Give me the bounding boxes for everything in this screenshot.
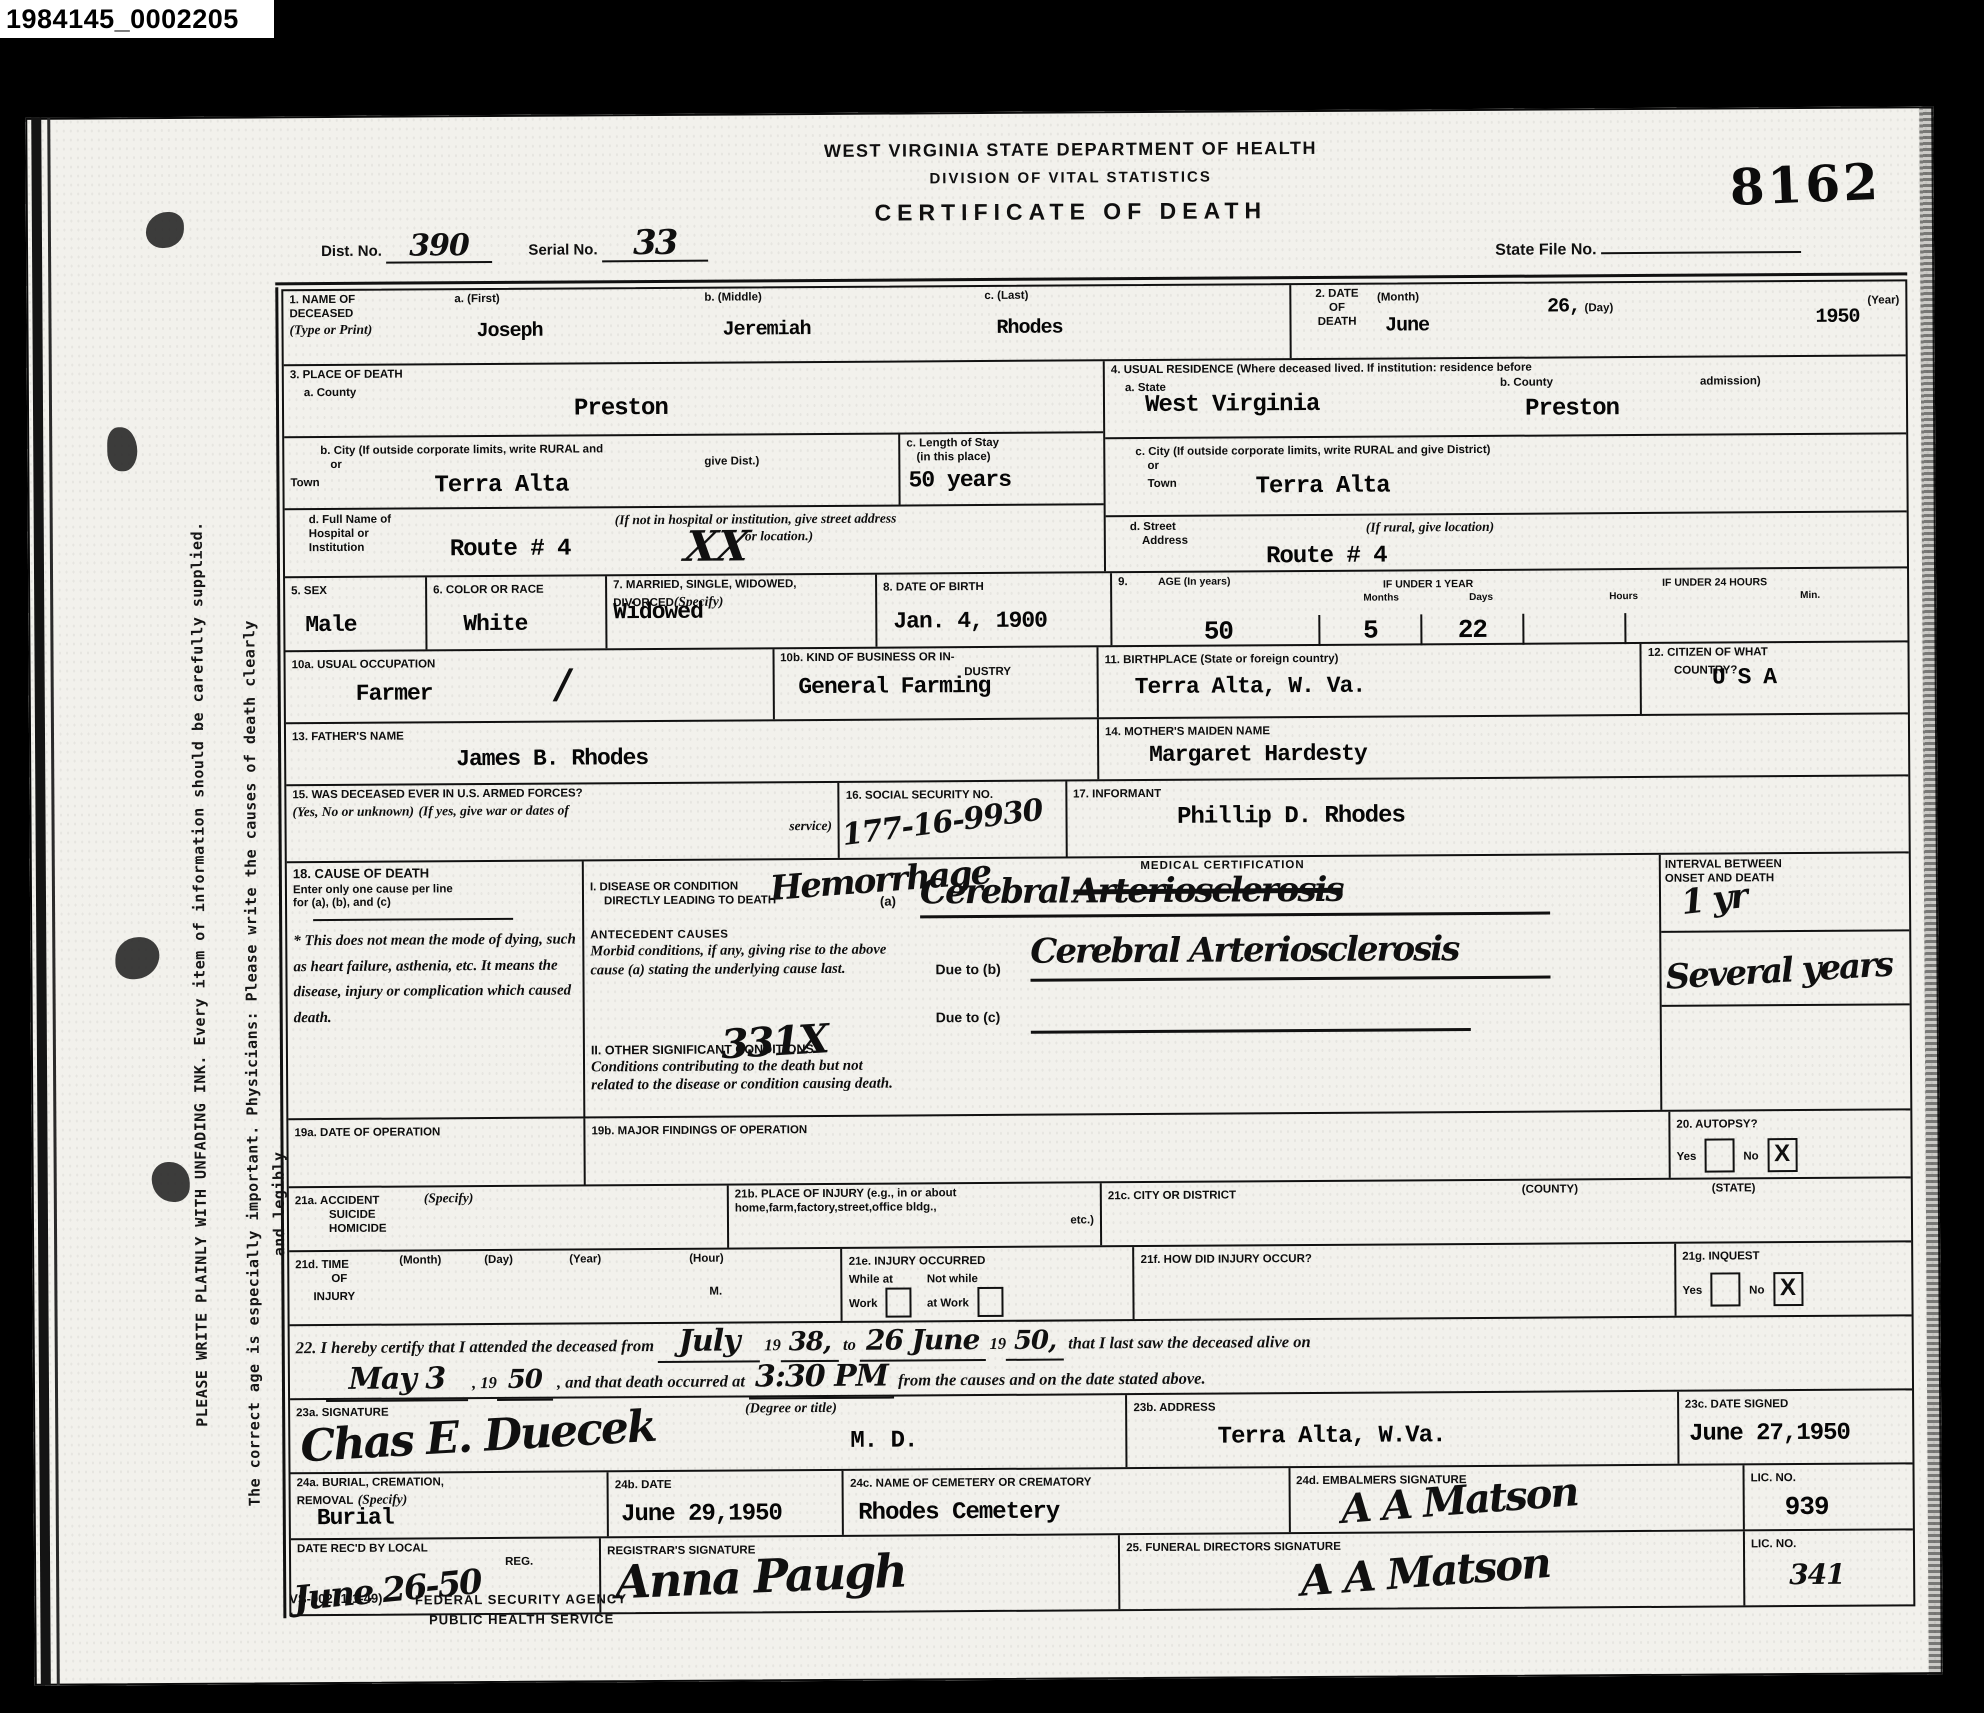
dist-no-value: 390	[386, 231, 492, 264]
hosp-paren-2: or location.)	[745, 527, 975, 545]
middle-name-value: Jeremiah	[722, 318, 984, 342]
degree-value: M. D.	[850, 1428, 917, 1455]
row-burial: 24a. BURIAL, CREMATION, REMOVAL (Specify…	[291, 1462, 1913, 1538]
footer-service: PUBLIC HEALTH SERVICE	[429, 1609, 627, 1630]
field-injury-time: 21d. TIME (Month) (Day) (Year) (Hour) OF…	[289, 1249, 841, 1324]
field-operation-findings: 19b. MAJOR FINDINGS OF OPERATION	[583, 1112, 1668, 1185]
field-marital: 7. MARRIED, SINGLE, WIDOWED, DIVORCED(Sp…	[605, 575, 875, 649]
certify-text-8: from the causes and on the date stated a…	[898, 1369, 1206, 1390]
pod-county-value: Preston	[574, 396, 668, 423]
row-name-dod: 1. NAME OF DECEASED (Type or Print) a. (…	[283, 281, 1905, 364]
street-label-2: Address	[1142, 535, 1188, 549]
injury-year-label: (Year)	[569, 1253, 601, 1267]
row-occupation: 10a. USUAL OCCUPATION Farmer / 10b. KIND…	[285, 640, 1907, 722]
morbid-text: Morbid conditions, if any, giving rise t…	[590, 941, 920, 979]
injury-time-label-1: 21d. TIME	[295, 1259, 349, 1271]
ssn-label: 16. SOCIAL SECURITY NO.	[846, 789, 993, 802]
cause-a-struck-value: Arteriosclerosis	[1073, 870, 1343, 912]
age-hours-label: Hours	[1609, 591, 1638, 603]
age-months-label: Months	[1363, 592, 1399, 604]
res-city-label: c. City (If outside corporate limits, wr…	[1135, 444, 1490, 458]
informant-value: Phillip D. Rhodes	[1177, 803, 1405, 831]
scan-corner-id: 1984145_0002205	[0, 0, 274, 38]
birthplace-value: Terra Alta, W. Va.	[1135, 674, 1366, 701]
injury-place-label-3: etc.)	[735, 1214, 1094, 1230]
field-occupation: 10a. USUAL OCCUPATION Farmer /	[285, 649, 772, 722]
dod-label-2: OF	[1297, 301, 1377, 315]
operation-date-label: 19a. DATE OF OPERATION	[294, 1126, 440, 1139]
field-cemetery: 24c. NAME OF CEMETERY OR CREMATORY Rhode…	[842, 1468, 1288, 1535]
field-armed-forces: 15. WAS DECEASED EVER IN U.S. ARMED FORC…	[286, 783, 838, 861]
injury-time-label-2: OF	[331, 1270, 835, 1287]
pod-city-label: b. City (If outside corporate limits, wr…	[320, 443, 603, 457]
injury-time-label-3: INJURY	[313, 1291, 355, 1303]
dod-year-label: (Year)	[1867, 294, 1899, 308]
marital-value: Widowed	[613, 600, 703, 626]
field-injury-occurred: 21e. INJURY OCCURRED While at Work Not w…	[841, 1247, 1133, 1321]
form-number: VS-002 (1-1-49)	[289, 1591, 382, 1607]
certificate-paper: PLEASE WRITE PLAINLY WITH UNFADING INK. …	[25, 106, 1943, 1686]
cause-title: 18. CAUSE OF DEATH	[293, 864, 576, 881]
last-name-value: Rhodes	[996, 316, 1283, 340]
field-embalmer-signature: 24d. EMBALMERS SIGNATURE A A Matson	[1288, 1465, 1743, 1532]
certify-from-value: July	[679, 1324, 740, 1359]
stay-label: c. Length of Stay	[906, 436, 1097, 451]
certify-to-year: 50,	[1014, 1326, 1056, 1356]
how-injury-label: 21f. HOW DID INJURY OCCUR?	[1141, 1253, 1312, 1266]
field-hospital: d. Full Name of Hospital or Institution …	[285, 503, 1105, 576]
state-file-label: State File No.	[1495, 241, 1596, 259]
field-burial-date: 24b. DATE June 29,1950	[607, 1471, 843, 1536]
field-informant: 17. INFORMANT Phillip D. Rhodes	[1065, 776, 1909, 856]
res-city-town: Town	[1148, 478, 1177, 490]
occupation-value: Farmer	[356, 681, 433, 707]
serial-no-value: 33	[602, 226, 708, 263]
field-sex: 5. SEX Male	[285, 577, 425, 650]
field-inquest: 21g. INQUEST Yes No X	[1674, 1242, 1911, 1315]
field-pod-city: b. City (If outside corporate limits, wr…	[284, 435, 899, 509]
age-value: 50	[1204, 616, 1233, 646]
autopsy-no-label: No	[1743, 1151, 1758, 1163]
hosp-label-2: Hospital or	[309, 527, 439, 542]
row-certification: 22. I hereby certify that I attended the…	[290, 1314, 1912, 1398]
stay-value: 50 years	[908, 468, 1011, 494]
division-title: DIVISION OF VITAL STATISTICS	[661, 167, 1481, 189]
cemetery-value: Rhodes Cemetery	[858, 1500, 1059, 1528]
embalmer-lic-value: 939	[1785, 1493, 1829, 1522]
field-res-state-county: 4. USUAL RESIDENCE (Where deceased lived…	[1105, 356, 1906, 437]
dob-label: 8. DATE OF BIRTH	[883, 581, 984, 594]
dod-month-label: (Month)	[1377, 291, 1419, 303]
dod-day-label: (Day)	[1584, 302, 1613, 314]
serial-no-label: Serial No.	[528, 241, 597, 258]
occupation-mark: /	[556, 665, 570, 705]
business-label: 10b. KIND OF BUSINESS OR IN-	[780, 650, 1090, 666]
certify-lastseen-value: May 3	[349, 1362, 446, 1398]
cause-b-label: Due to (b)	[935, 960, 1000, 977]
cause-c-code: 331X	[720, 1019, 829, 1065]
row-operation-autopsy: 19a. DATE OF OPERATION 19b. MAJOR FINDIN…	[288, 1108, 1910, 1186]
pod-city-town: Town	[290, 477, 319, 489]
mother-value: Margaret Hardesty	[1149, 742, 1367, 769]
row-physician-signature: 23a. SIGNATURE (Degree or title) Chas E.…	[290, 1388, 1912, 1472]
res-county-label: b. County	[1500, 377, 1553, 391]
row-sex-race-age: 5. SEX Male 6. COLOR OR RACE White 7. MA…	[285, 566, 1907, 650]
field-funeral-director: 25. FUNERAL DIRECTORS SIGNATURE A A Mats…	[1118, 1531, 1743, 1609]
res-state-value: West Virginia	[1145, 392, 1319, 419]
paper-right-edge	[1919, 106, 1943, 1674]
while-at-label-2: Work	[849, 1298, 878, 1310]
inquest-no-label: No	[1749, 1284, 1764, 1296]
ink-smudge	[115, 937, 159, 979]
injury-m-label: M.	[709, 1286, 722, 1300]
street-value: Route # 4	[1266, 544, 1387, 571]
injury-city-label: 21c. CITY OR DISTRICT	[1108, 1189, 1236, 1202]
place-of-death-block: 3. PLACE OF DEATH a. County Preston b. C…	[284, 361, 1104, 576]
hosp-value: Route # 4	[450, 537, 571, 564]
form-footer: VS-002 (1-1-49) FEDERAL SECURITY AGENCY …	[289, 1586, 1189, 1630]
field-business: 10b. KIND OF BUSINESS OR IN- DUSTRY Gene…	[772, 647, 1097, 719]
ink-smudge	[152, 1162, 190, 1202]
embalmer-lic-label: LIC. NO.	[1751, 1472, 1796, 1484]
res-city-value: Terra Alta	[1256, 474, 1390, 501]
marital-label-1: 7. MARRIED, SINGLE, WIDOWED,	[613, 578, 869, 593]
pod-county-label: a. County	[304, 387, 356, 399]
age-days-value: 22	[1458, 615, 1487, 645]
informant-label: 17. INFORMANT	[1073, 788, 1161, 801]
file-number-stamp: 8162	[1728, 152, 1881, 217]
business-value: General Farming	[798, 674, 990, 700]
birthplace-label: 11. BIRTHPLACE (State or foreign country…	[1105, 653, 1339, 666]
citizen-value: U S A	[1712, 665, 1776, 691]
field-embalmer-lic: LIC. NO. 939	[1742, 1464, 1912, 1529]
field-mother: 14. MOTHER'S MAIDEN NAME Margaret Hardes…	[1097, 714, 1908, 779]
field-length-of-stay: c. Length of Stay (in this place) 50 yea…	[898, 433, 1103, 504]
stay-label-2: (in this place)	[916, 450, 1097, 465]
interval-column: INTERVAL BETWEEN ONSET AND DEATH 1 yr Se…	[1659, 853, 1911, 1110]
autopsy-label: 20. AUTOPSY?	[1676, 1118, 1757, 1130]
age-number: 9.	[1118, 576, 1158, 606]
dist-serial-line: Dist. No. 390 Serial No. 33	[321, 226, 708, 264]
cause-b-value: Cerebral Arteriosclerosis	[1030, 929, 1458, 972]
first-name-label: a. (First)	[454, 292, 704, 307]
ssn-value: 177-16-9930	[841, 795, 1045, 851]
physician-address-label: 23b. ADDRESS	[1133, 1402, 1215, 1415]
dod-label-1: 2. DATE	[1297, 288, 1377, 302]
mother-label: 14. MOTHER'S MAIDEN NAME	[1105, 725, 1270, 738]
field-father: 13. FATHER'S NAME James B. Rhodes	[286, 719, 1097, 784]
footer-agency: FEDERAL SECURITY AGENCY	[415, 1589, 627, 1610]
divider	[313, 918, 513, 921]
street-paren: (If rural, give location)	[1366, 519, 1494, 537]
burial-label-1: 24a. BURIAL, CREMATION,	[297, 1475, 601, 1491]
certification-statement: 22. I hereby certify that I attended the…	[290, 1316, 1912, 1398]
certify-lastseen-year: 50	[508, 1365, 542, 1395]
injury-month-label: (Month)	[399, 1254, 441, 1268]
certificate-title: CERTIFICATE OF DEATH	[661, 196, 1481, 228]
injury-county-label: (COUNTY)	[1522, 1183, 1578, 1197]
field-pod-county: 3. PLACE OF DEATH a. County Preston	[284, 361, 1104, 436]
citizen-label-1: 12. CITIZEN OF WHAT	[1648, 645, 1902, 660]
cause-c-label: Due to (c)	[936, 1009, 1001, 1026]
sex-label: 5. SEX	[291, 585, 327, 597]
ink-smudge	[107, 427, 137, 471]
father-label: 13. FATHER'S NAME	[292, 731, 404, 744]
forces-label-2: (Yes, No or unknown)	[292, 803, 414, 819]
occupation-label: 10a. USUAL OCCUPATION	[292, 658, 436, 671]
res-title-2: admission)	[1700, 375, 1761, 389]
state-file-line: State File No.	[1495, 235, 1801, 260]
certify-to-value: 26 June	[866, 1323, 980, 1357]
father-value: James B. Rhodes	[456, 746, 648, 772]
forces-label-4: service)	[293, 818, 833, 838]
field-injury-place: 21b. PLACE OF INJURY (e.g., in or about …	[727, 1183, 1100, 1247]
field-dob: 8. DATE OF BIRTH Jan. 4, 1900	[875, 573, 1110, 646]
inquest-yes-label: Yes	[1682, 1285, 1702, 1297]
certify-from-year: 38,	[789, 1327, 831, 1357]
injury-occurred-label: 21e. INJURY OCCURRED	[849, 1255, 986, 1268]
pod-city-value: Terra Alta	[434, 473, 568, 500]
middle-name-label: b. (Middle)	[704, 290, 984, 306]
certify-hour-value: 3:30 PM	[755, 1359, 888, 1395]
field-date-of-death: 2. DATE OF DEATH (Month) June 26, (Day) …	[1289, 281, 1906, 358]
race-value: White	[463, 611, 599, 637]
field-burial-type: 24a. BURIAL, CREMATION, REMOVAL (Specify…	[291, 1472, 608, 1538]
row-accident: 21a. ACCIDENT (Specify) SUICIDE HOMICIDE…	[289, 1176, 1911, 1250]
field-birthplace: 11. BIRTHPLACE (State or foreign country…	[1096, 644, 1640, 717]
field-autopsy: 20. AUTOPSY? Yes No X	[1668, 1110, 1910, 1177]
forces-label-3: (If yes, give war or dates of	[418, 802, 568, 818]
burial-date-value: June 29,1950	[621, 1501, 782, 1528]
not-while-label-1: Not while	[927, 1273, 1008, 1287]
res-county-value: Preston	[1525, 396, 1619, 423]
field-date-signed: 23c. DATE SIGNED June 27,1950	[1677, 1390, 1913, 1463]
name-label-1: 1. NAME OF	[289, 293, 454, 308]
cause-note-2: * This does not mean the mode of dying, …	[293, 928, 577, 1032]
not-while-label-2: at Work	[927, 1297, 969, 1309]
ink-smudge	[146, 212, 184, 248]
certify-text-6: , 19	[472, 1373, 497, 1392]
row-place-residence: 3. PLACE OF DEATH a. County Preston b. C…	[284, 354, 1907, 576]
age-min-label: Min.	[1800, 590, 1820, 602]
cause-instructions: 18. CAUSE OF DEATH Enter only one cause …	[287, 861, 584, 1118]
burial-date-label: 24b. DATE	[615, 1479, 672, 1491]
row-injury-detail: 21d. TIME (Month) (Day) (Year) (Hour) OF…	[289, 1240, 1911, 1324]
accident-label-3: HOMICIDE	[329, 1220, 721, 1236]
pod-city-or: or	[330, 456, 892, 473]
scanned-page: 1984145_0002205 PLEASE WRITE PLAINLY WIT…	[0, 0, 1984, 1713]
not-while-at-work-checkbox	[977, 1287, 1003, 1317]
dob-value: Jan. 4, 1900	[893, 608, 1104, 635]
age-under24-label: IF UNDER 24 HOURS	[1662, 576, 1767, 589]
age-years-label: AGE (In years)	[1158, 575, 1328, 606]
inquest-label: 21g. INQUEST	[1682, 1250, 1759, 1262]
date-signed-label: 23c. DATE SIGNED	[1685, 1398, 1788, 1411]
interval-b-value: Several years	[1665, 948, 1893, 995]
field-citizen: 12. CITIZEN OF WHAT COUNTRY? U S A	[1640, 642, 1908, 714]
dist-no-label: Dist. No.	[321, 243, 382, 260]
cemetery-label: 24c. NAME OF CEMETERY OR CREMATORY	[850, 1476, 1091, 1489]
certify-text-4: 19	[990, 1334, 1007, 1353]
inquest-yes-checkbox	[1711, 1272, 1741, 1306]
autopsy-yes-label: Yes	[1677, 1151, 1697, 1163]
name-label-3: (Type or Print)	[289, 321, 454, 339]
funeral-lic-label: LIC. NO.	[1751, 1538, 1796, 1550]
res-title: 4. USUAL RESIDENCE (Where deceased lived…	[1111, 359, 1900, 378]
operation-findings-label: 19b. MAJOR FINDINGS OF OPERATION	[591, 1124, 807, 1137]
accident-label-1: 21a. ACCIDENT	[295, 1195, 380, 1208]
certify-text-1: 22. I hereby certify that I attended the…	[296, 1336, 654, 1357]
first-name-value: Joseph	[476, 319, 704, 342]
age-days-label: Days	[1469, 592, 1493, 604]
row-forces-ssn-informant: 15. WAS DECEASED EVER IN U.S. ARMED FORC…	[286, 774, 1908, 861]
certify-text-3: to	[843, 1335, 856, 1354]
autopsy-no-checkbox: X	[1767, 1138, 1797, 1172]
field-injury-city: 21c. CITY OR DISTRICT (COUNTY) (STATE)	[1100, 1178, 1911, 1245]
hosp-label-1: d. Full Name of	[309, 513, 439, 528]
physician-address-value: Terra Alta, W.Va.	[1218, 1423, 1446, 1451]
age-under1-label: IF UNDER 1 YEAR	[1383, 578, 1473, 591]
field-name-of-deceased: 1. NAME OF DECEASED (Type or Print) a. (…	[283, 285, 1289, 364]
cause-a-value: Cerebral	[920, 871, 1069, 912]
margin-instruction-2: The correct age is especially important.…	[240, 620, 263, 1506]
hosp-marks: XX	[682, 525, 751, 567]
row-parents: 13. FATHER'S NAME James B. Rhodes 14. MO…	[286, 712, 1908, 784]
injury-hour-label: (Hour)	[689, 1253, 724, 1267]
interval-a-value: 1 yr	[1679, 879, 1748, 920]
field-ssn: 16. SOCIAL SECURITY NO. 177-16-9930	[838, 782, 1066, 858]
burial-type-value: Burial	[317, 1506, 394, 1532]
hosp-label-3: Institution	[309, 541, 439, 556]
dod-label-3: DEATH	[1297, 315, 1377, 329]
inquest-no-checkbox: X	[1773, 1272, 1803, 1306]
cause-note-1: Enter only one cause per line for (a), (…	[293, 883, 463, 912]
date-received-label-1: DATE REC'D BY LOCAL	[297, 1541, 593, 1557]
date-signed-value: June 27,1950	[1689, 1421, 1850, 1448]
funeral-director-label: 25. FUNERAL DIRECTORS SIGNATURE	[1126, 1541, 1341, 1554]
field-physician-address: 23b. ADDRESS Terra Alta, W.Va.	[1125, 1392, 1677, 1467]
funeral-lic-value: 341	[1789, 1561, 1845, 1589]
margin-instruction-3: and legibly.	[269, 1142, 288, 1256]
while-at-label-1: While at	[849, 1273, 927, 1287]
field-signature: 23a. SIGNATURE (Degree or title) Chas E.…	[290, 1395, 1126, 1472]
state-file-blank	[1601, 235, 1801, 254]
forces-label-1: 15. WAS DECEASED EVER IN U.S. ARMED FORC…	[292, 786, 832, 803]
certify-text-5: that I last saw the deceased alive on	[1068, 1332, 1311, 1352]
field-age: 9. AGE (In years) IF UNDER 1 YEAR Months…	[1110, 568, 1907, 645]
interval-label-1: INTERVAL BETWEEN	[1665, 857, 1905, 872]
race-label: 6. COLOR OR RACE	[433, 584, 544, 597]
injury-day-label: (Day)	[484, 1254, 513, 1268]
autopsy-yes-checkbox	[1705, 1138, 1735, 1172]
document-header: WEST VIRGINIA STATE DEPARTMENT OF HEALTH…	[280, 126, 1921, 288]
res-city-or: or	[1147, 455, 1900, 473]
while-at-work-checkbox	[886, 1287, 912, 1317]
certify-text-2: 19	[764, 1335, 781, 1354]
street-label-1: d. Street	[1130, 521, 1188, 535]
dod-year-value: 1950	[1707, 307, 1860, 330]
field-operation-date: 19a. DATE OF OPERATION	[288, 1118, 583, 1186]
medical-certification-block: MEDICAL CERTIFICATION I. DISEASE OR COND…	[582, 853, 1911, 1116]
field-race: 6. COLOR OR RACE White	[425, 576, 605, 649]
pod-city-label-2: give Dist.)	[704, 455, 759, 469]
dod-month-value: June	[1385, 315, 1547, 338]
age-months-value: 5	[1363, 616, 1378, 646]
dod-day-value: 26,	[1547, 295, 1580, 318]
department-title: WEST VIRGINIA STATE DEPARTMENT OF HEALTH	[660, 137, 1480, 163]
name-label-2: DECEASED	[289, 307, 454, 322]
row-cause-of-death: 18. CAUSE OF DEATH Enter only one cause …	[287, 851, 1911, 1118]
field-accident-type: 21a. ACCIDENT (Specify) SUICIDE HOMICIDE	[289, 1186, 727, 1251]
usual-residence-block: 4. USUAL RESIDENCE (Where deceased lived…	[1103, 356, 1907, 571]
injury-state-label: (STATE)	[1712, 1182, 1756, 1196]
certify-text-7: , and that death occurred at	[557, 1372, 745, 1392]
pod-title: 3. PLACE OF DEATH	[290, 364, 1097, 383]
last-name-label: c. (Last)	[984, 288, 1283, 304]
margin-instruction-1: PLEASE WRITE PLAINLY WITH UNFADING INK. …	[188, 521, 212, 1427]
field-how-injury: 21f. HOW DID INJURY OCCUR?	[1133, 1244, 1675, 1319]
certificate-form: 1. NAME OF DECEASED (Type or Print) a. (…	[281, 279, 1915, 1616]
accident-specify: (Specify)	[424, 1190, 474, 1207]
degree-label: (Degree or title)	[745, 1400, 837, 1418]
sex-value: Male	[305, 612, 419, 638]
field-res-city: c. City (If outside corporate limits, wr…	[1105, 432, 1906, 515]
field-funeral-lic: LIC. NO. 341	[1743, 1530, 1913, 1605]
